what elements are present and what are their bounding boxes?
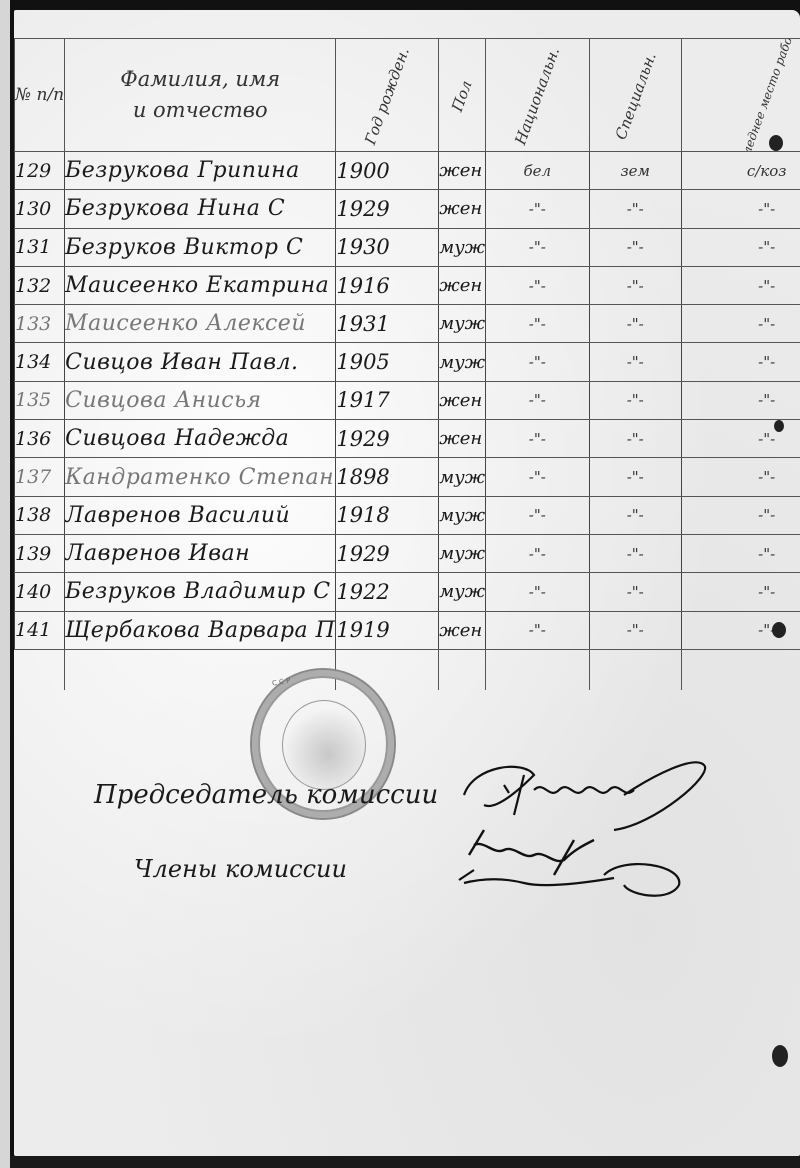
row-gender: жен	[439, 152, 486, 190]
row-last-workplace: -"-	[681, 458, 800, 496]
paper-sheet: № п/п Фамилия, имя и отчество Год рожден…	[14, 10, 800, 1156]
header-name: Фамилия, имя и отчество	[65, 39, 336, 152]
row-specialty: -"-	[589, 496, 681, 534]
row-last-workplace: -"-	[681, 305, 800, 343]
row-num: 132	[15, 266, 65, 304]
table-row: 138 Лавренов Василий 1918 муж -"- -"- -"…	[15, 496, 800, 534]
header-gender: Пол	[439, 39, 486, 152]
binding-hole	[772, 622, 786, 638]
row-nationality: -"-	[486, 496, 589, 534]
row-specialty: -"-	[589, 611, 681, 649]
table-trailing-row	[15, 649, 800, 690]
members-label: Члены комиссии	[134, 855, 347, 883]
row-year: 1918	[336, 496, 439, 534]
row-nationality: -"-	[486, 190, 589, 228]
row-last-workplace: -"-	[681, 381, 800, 419]
row-name: Безрукова Грипина	[65, 152, 336, 190]
row-gender: муж	[439, 573, 486, 611]
row-num: 135	[15, 381, 65, 419]
row-name: Маисеенко Алексей	[65, 305, 336, 343]
row-name: Лавренов Василий	[65, 496, 336, 534]
table-row: 132 Маисеенко Екатрина 1916 жен -"- -"- …	[15, 266, 800, 304]
row-num: 139	[15, 534, 65, 572]
row-num: 137	[15, 458, 65, 496]
row-gender: жен	[439, 381, 486, 419]
header-name-line1: Фамилия, имя	[65, 64, 335, 96]
row-nationality: -"-	[486, 534, 589, 572]
row-nationality: -"-	[486, 381, 589, 419]
register-table: № п/п Фамилия, имя и отчество Год рожден…	[14, 38, 800, 690]
binding-hole	[774, 420, 784, 432]
row-gender: жен	[439, 190, 486, 228]
row-nationality: -"-	[486, 228, 589, 266]
row-gender: жен	[439, 611, 486, 649]
header-row: № п/п Фамилия, имя и отчество Год рожден…	[15, 39, 800, 152]
row-name: Безруков Виктор С	[65, 228, 336, 266]
row-year: 1905	[336, 343, 439, 381]
empty-cell	[486, 649, 589, 690]
table-row: 141 Щербакова Варвара П 1919 жен -"- -"-…	[15, 611, 800, 649]
table-row: 131 Безруков Виктор С 1930 муж -"- -"- -…	[15, 228, 800, 266]
row-specialty: -"-	[589, 458, 681, 496]
row-gender: муж	[439, 305, 486, 343]
row-year: 1930	[336, 228, 439, 266]
row-year: 1929	[336, 190, 439, 228]
empty-cell	[681, 649, 800, 690]
header-name-line2: и отчество	[65, 95, 335, 127]
table-row: 137 Кандратенко Степан 1898 муж -"- -"- …	[15, 458, 800, 496]
row-num: 138	[15, 496, 65, 534]
row-nationality: -"-	[486, 420, 589, 458]
row-year: 1919	[336, 611, 439, 649]
table-row: 134 Сивцов Иван Павл. 1905 муж -"- -"- -…	[15, 343, 800, 381]
row-num: 130	[15, 190, 65, 228]
row-year: 1898	[336, 458, 439, 496]
row-last-workplace: -"-	[681, 266, 800, 304]
binding-hole	[769, 135, 783, 151]
row-nationality: -"-	[486, 458, 589, 496]
row-year: 1929	[336, 420, 439, 458]
empty-cell	[439, 649, 486, 690]
header-specialty: Специальн.	[589, 39, 681, 152]
row-gender: жен	[439, 420, 486, 458]
table-row: 135 Сивцова Анисья 1917 жен -"- -"- -"-	[15, 381, 800, 419]
header-year: Год рожден.	[336, 39, 439, 152]
row-specialty: -"-	[589, 420, 681, 458]
row-nationality: -"-	[486, 343, 589, 381]
empty-cell	[15, 649, 65, 690]
header-num: № п/п	[15, 39, 65, 152]
row-specialty: -"-	[589, 573, 681, 611]
row-last-workplace: -"-	[681, 496, 800, 534]
row-year: 1922	[336, 573, 439, 611]
scan-bottom-edge	[10, 1156, 800, 1168]
row-specialty: зем	[589, 152, 681, 190]
row-name: Сивцов Иван Павл.	[65, 343, 336, 381]
row-specialty: -"-	[589, 228, 681, 266]
row-name: Щербакова Варвара П	[65, 611, 336, 649]
stamp-text: С С Р	[271, 676, 291, 687]
member-signatures	[454, 825, 694, 905]
table-row: 139 Лавренов Иван 1929 муж -"- -"- -"-	[15, 534, 800, 572]
stamp-emblem	[282, 700, 366, 790]
row-specialty: -"-	[589, 381, 681, 419]
header-nationality: Национальн.	[486, 39, 589, 152]
row-specialty: -"-	[589, 266, 681, 304]
row-num: 133	[15, 305, 65, 343]
binding-hole	[772, 1045, 788, 1067]
row-gender: муж	[439, 343, 486, 381]
row-year: 1916	[336, 266, 439, 304]
table-row: 130 Безрукова Нина С 1929 жен -"- -"- -"…	[15, 190, 800, 228]
row-num: 140	[15, 573, 65, 611]
row-num: 131	[15, 228, 65, 266]
row-year: 1900	[336, 152, 439, 190]
header-last-workplace: Последнее место работы	[681, 39, 800, 152]
row-gender: муж	[439, 534, 486, 572]
row-num: 129	[15, 152, 65, 190]
table-row: 129 Безрукова Грипина 1900 жен бел зем с…	[15, 152, 800, 190]
row-last-workplace: с/коз	[681, 152, 800, 190]
table-row: 140 Безруков Владимир С 1922 муж -"- -"-…	[15, 573, 800, 611]
row-last-workplace: -"-	[681, 190, 800, 228]
row-gender: муж	[439, 228, 486, 266]
row-gender: жен	[439, 266, 486, 304]
row-specialty: -"-	[589, 534, 681, 572]
row-name: Кандратенко Степан	[65, 458, 336, 496]
row-nationality: -"-	[486, 305, 589, 343]
row-name: Безруков Владимир С	[65, 573, 336, 611]
row-nationality: -"-	[486, 573, 589, 611]
scan-margin	[0, 0, 10, 1168]
chairman-signature	[454, 755, 724, 835]
row-name: Безрукова Нина С	[65, 190, 336, 228]
row-nationality: бел	[486, 152, 589, 190]
row-num: 141	[15, 611, 65, 649]
row-specialty: -"-	[589, 190, 681, 228]
row-specialty: -"-	[589, 305, 681, 343]
row-name: Маисеенко Екатрина	[65, 266, 336, 304]
row-num: 136	[15, 420, 65, 458]
row-last-workplace: -"-	[681, 534, 800, 572]
scanned-page: № п/п Фамилия, имя и отчество Год рожден…	[10, 0, 800, 1168]
row-gender: муж	[439, 458, 486, 496]
row-year: 1931	[336, 305, 439, 343]
row-name: Лавренов Иван	[65, 534, 336, 572]
row-name: Сивцова Надежда	[65, 420, 336, 458]
row-gender: муж	[439, 496, 486, 534]
row-last-workplace: -"-	[681, 573, 800, 611]
row-specialty: -"-	[589, 343, 681, 381]
row-year: 1917	[336, 381, 439, 419]
chairman-label: Председатель комиссии	[94, 780, 438, 810]
row-nationality: -"-	[486, 611, 589, 649]
table-row: 136 Сивцова Надежда 1929 жен -"- -"- -"-	[15, 420, 800, 458]
row-name: Сивцова Анисья	[65, 381, 336, 419]
row-last-workplace: -"-	[681, 343, 800, 381]
row-num: 134	[15, 343, 65, 381]
row-year: 1929	[336, 534, 439, 572]
table-row: 133 Маисеенко Алексей 1931 муж -"- -"- -…	[15, 305, 800, 343]
empty-cell	[589, 649, 681, 690]
row-nationality: -"-	[486, 266, 589, 304]
row-last-workplace: -"-	[681, 228, 800, 266]
